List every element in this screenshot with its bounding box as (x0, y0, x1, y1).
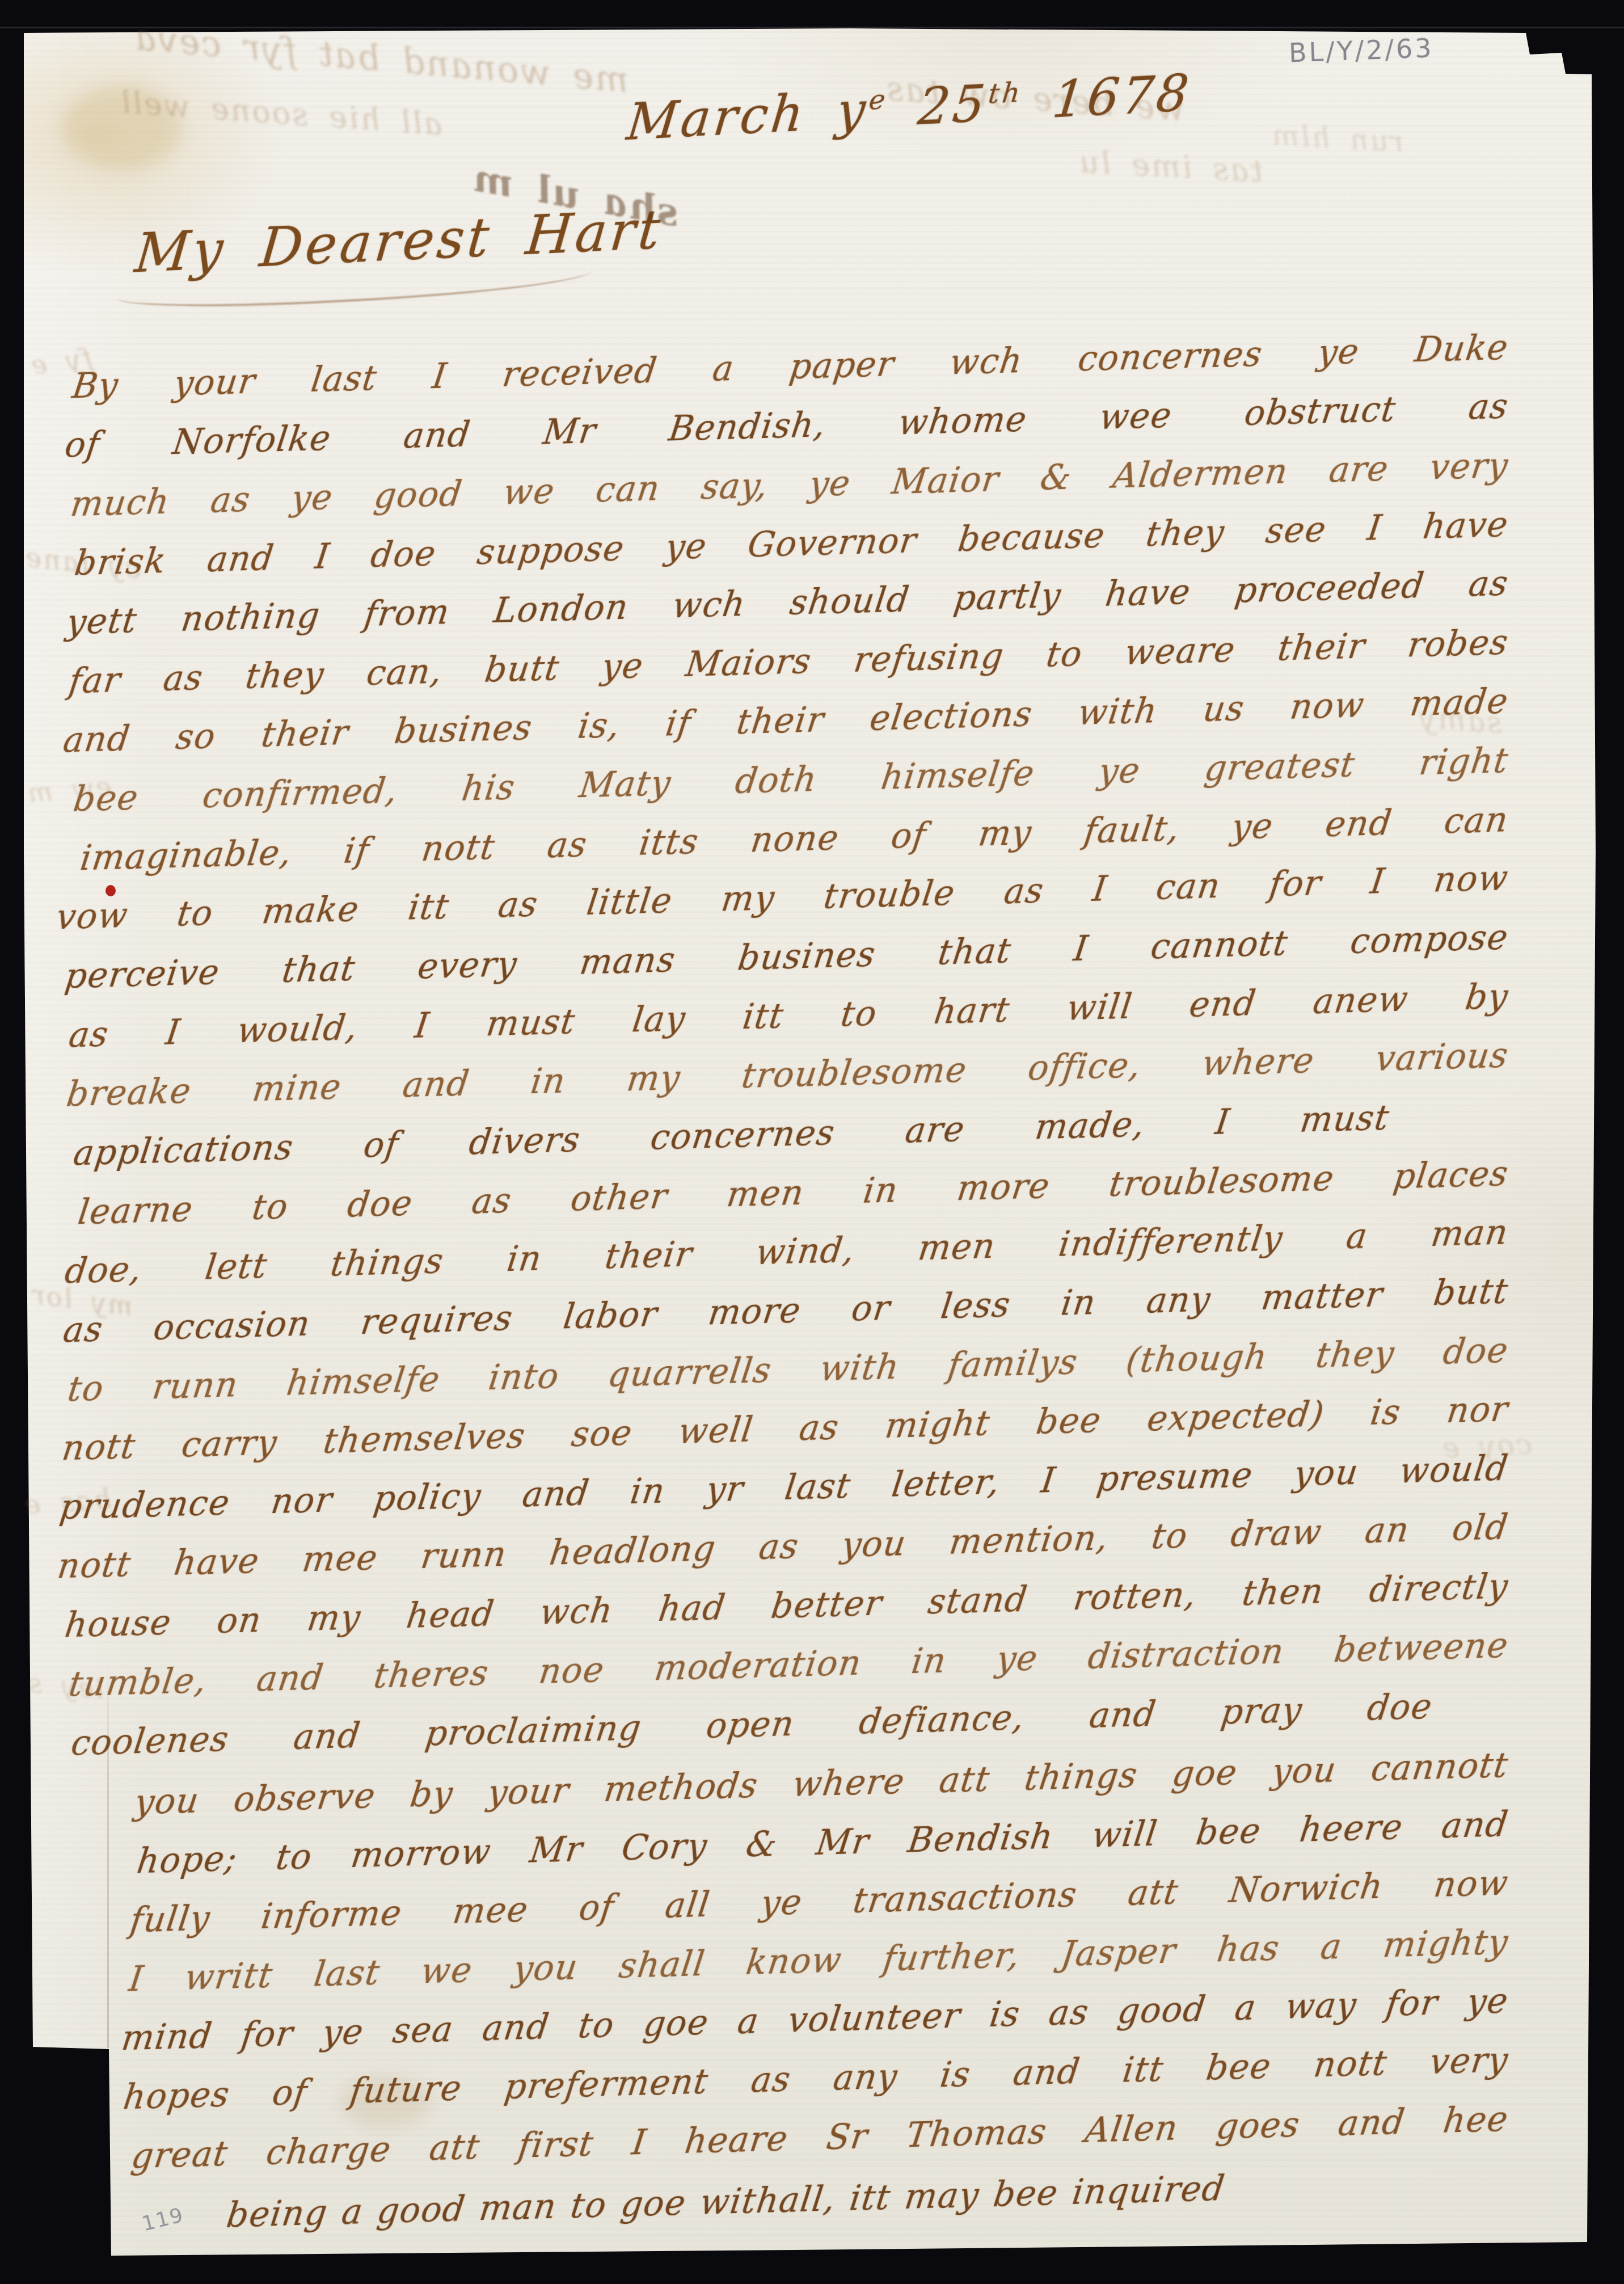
showthrough-mark: samy (1417, 701, 1503, 740)
showthrough-mark: run hlm (1270, 119, 1405, 158)
folio-number-pencil: 119 (140, 2203, 186, 2236)
red-wax-dot (106, 885, 116, 896)
date-part: March y (624, 80, 871, 151)
manuscript-scan: March ye 25th 1678 BL/Y/2/63 My Dearest … (0, 0, 1624, 2284)
archive-reference-pencil: BL/Y/2/63 (1288, 33, 1434, 69)
handwritten-line: being a good man to goe withall, itt may… (224, 2166, 1228, 2237)
showthrough-mark: coy e (1440, 1427, 1533, 1465)
showthrough-mark: bas e (22, 1484, 112, 1522)
letter-sheet: March ye 25th 1678 BL/Y/2/63 My Dearest … (0, 0, 1624, 2284)
